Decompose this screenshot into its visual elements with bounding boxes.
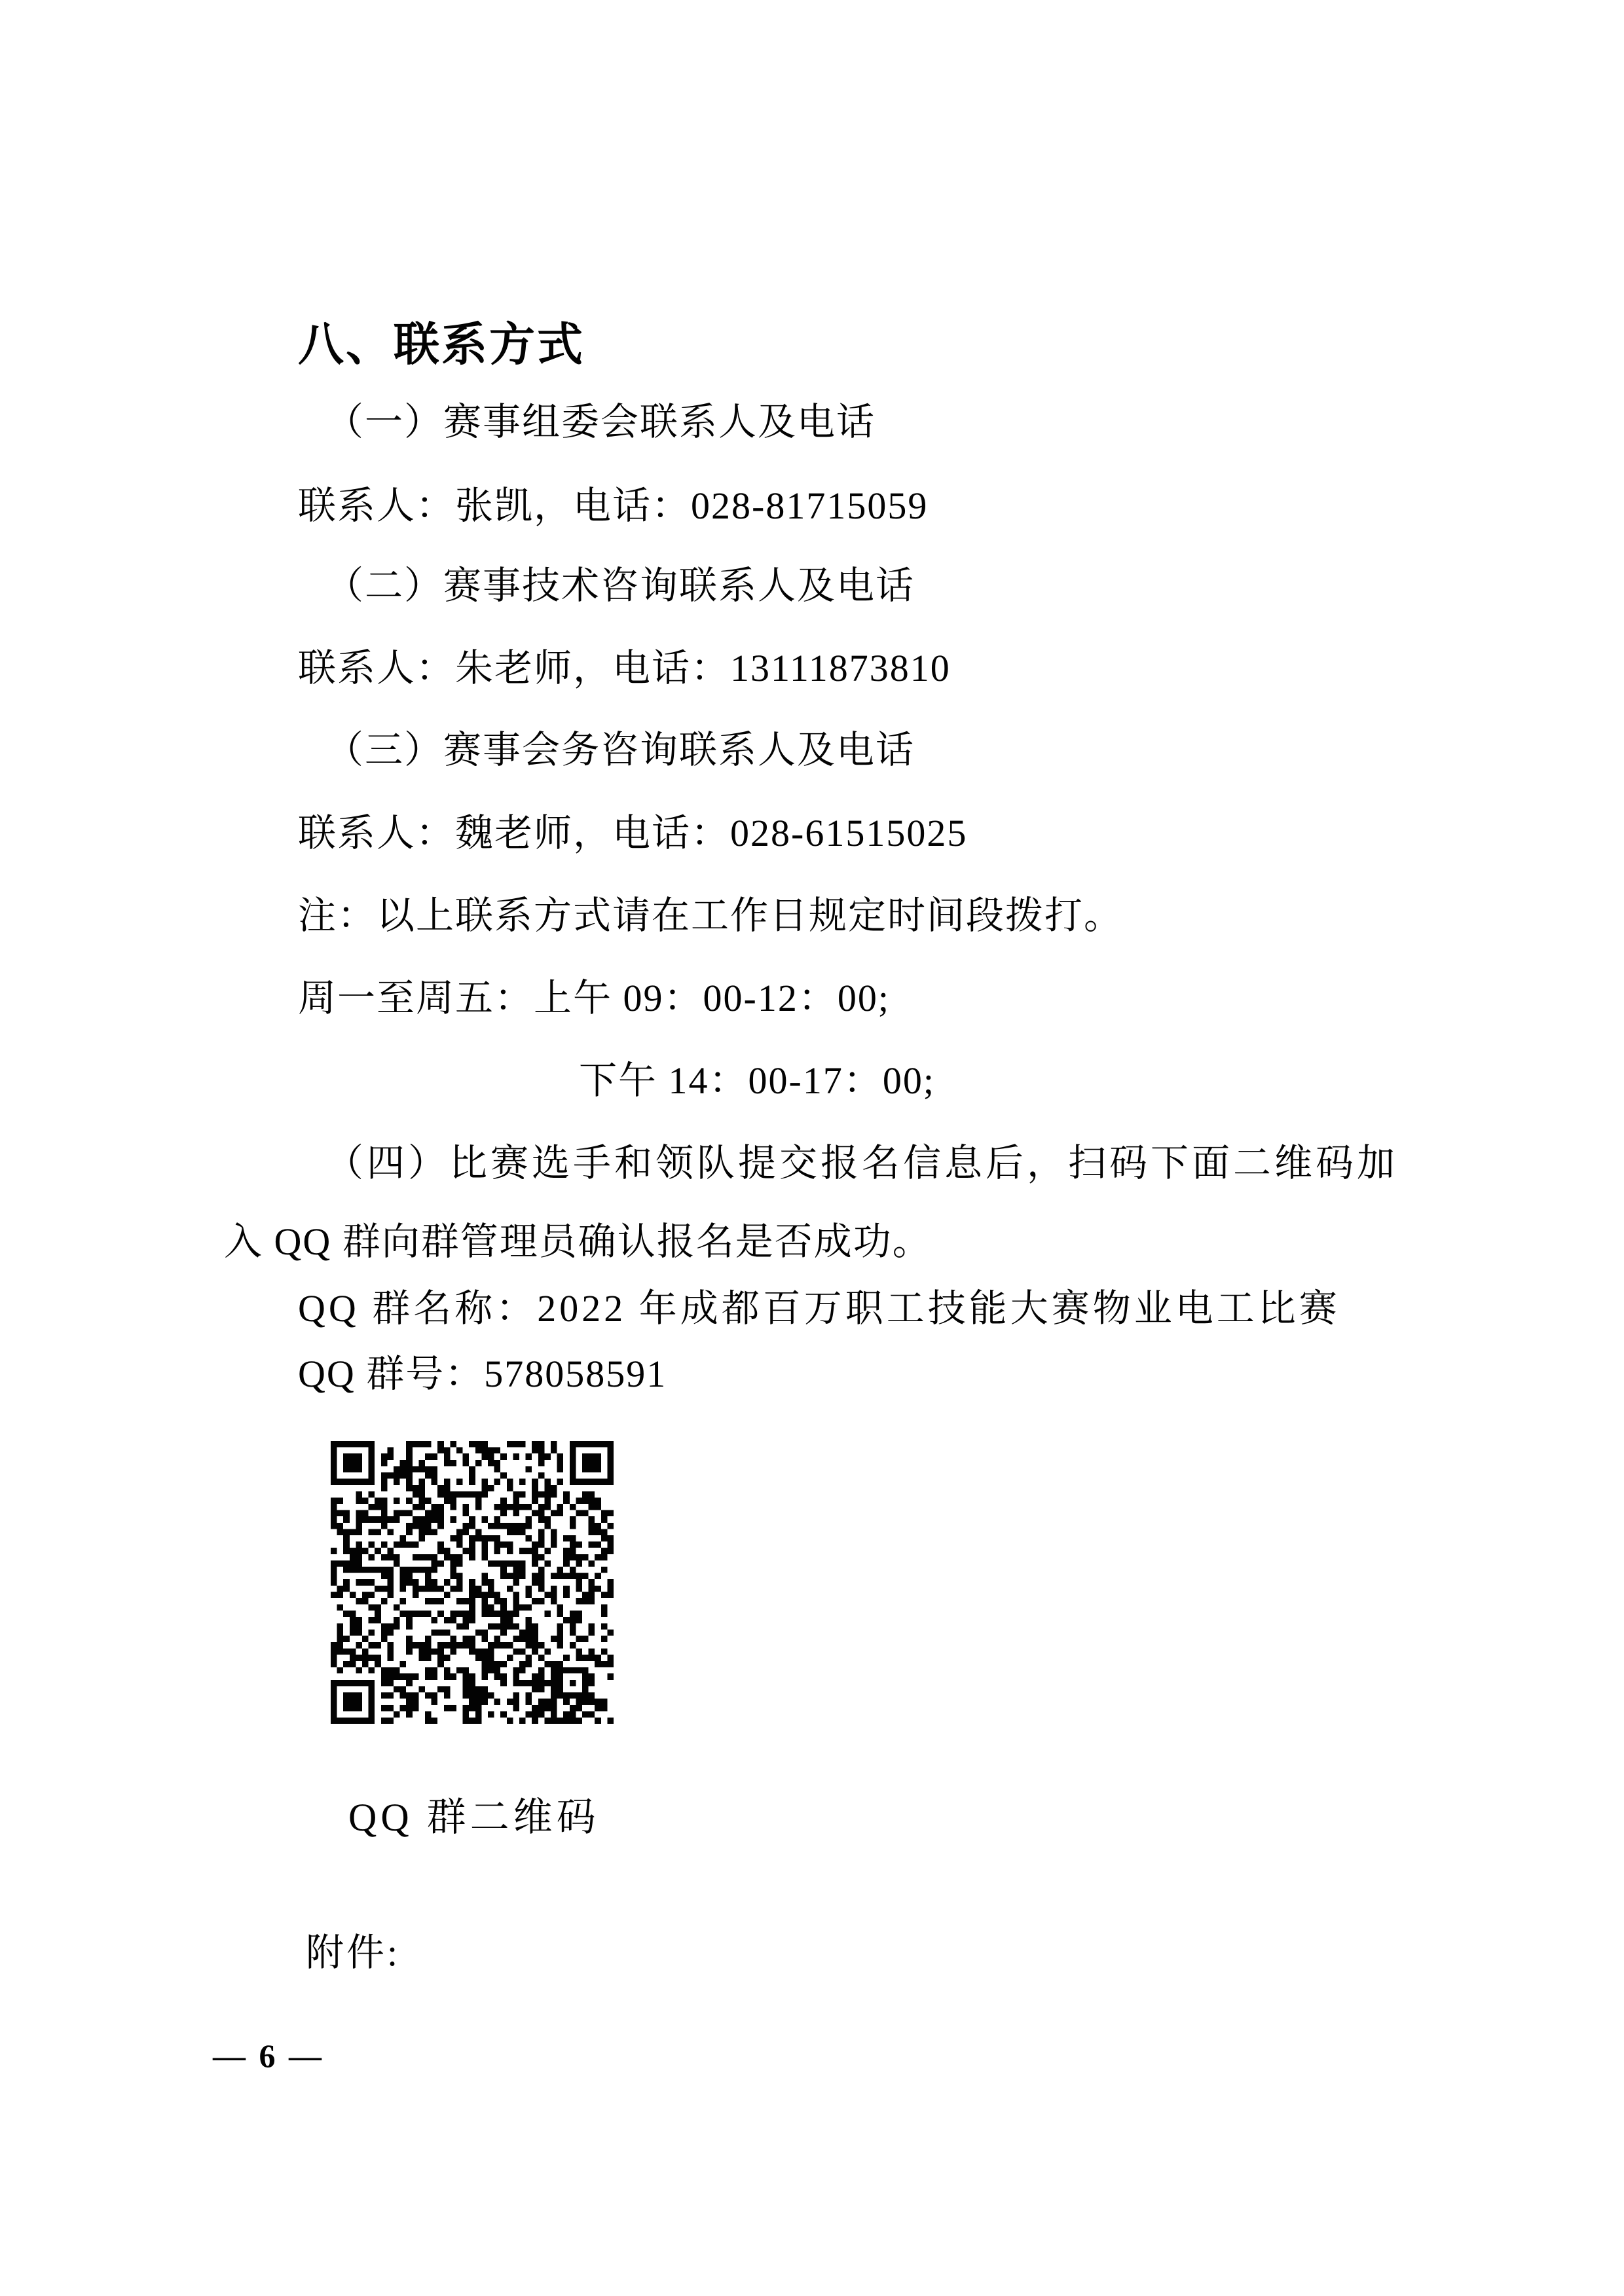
qq-group-number: QQ 群号：578058591 (298, 1353, 667, 1396)
attachment-label: 附件: (306, 1931, 400, 1975)
qr-code (331, 1439, 614, 1726)
subsection-4-text-line1: （四）比赛选手和领队提交报名信息后，扫码下面二维码加 (325, 1142, 1398, 1186)
hours-weekday-afternoon: 下午 14：00-17：00; (579, 1059, 935, 1103)
subsection-3-title: （三）赛事会务咨询联系人及电话 (325, 729, 915, 773)
section-heading-contact: 八、联系方式 (298, 318, 585, 371)
subsection-2-title: （二）赛事技术咨询联系人及电话 (325, 564, 915, 608)
page-number: — 6 — (213, 2037, 324, 2075)
hours-weekday-morning: 周一至周五：上午 09：00-12：00; (298, 977, 890, 1021)
subsection-1-contact-detail: 联系人：张凯，电话：028-81715059 (298, 484, 928, 528)
document-page: 八、联系方式 （一）赛事组委会联系人及电话 联系人：张凯，电话：028-8171… (0, 0, 1624, 2296)
working-hours-note: 注：以上联系方式请在工作日规定时间段拨打。 (298, 894, 1123, 938)
subsection-4-text-line2: 入 QQ 群向群管理员确认报名是否成功。 (224, 1220, 932, 1264)
subsection-3-contact-detail: 联系人：魏老师，电话：028-61515025 (298, 812, 967, 856)
qr-code-image (331, 1439, 614, 1726)
qr-code-caption: QQ 群二维码 (348, 1795, 600, 1840)
subsection-2-contact-detail: 联系人：朱老师，电话：13111873810 (298, 647, 951, 691)
qq-group-name: QQ 群名称：2022 年成都百万职工技能大赛物业电工比赛 (298, 1287, 1340, 1331)
subsection-1-title: （一）赛事组委会联系人及电话 (325, 401, 876, 445)
